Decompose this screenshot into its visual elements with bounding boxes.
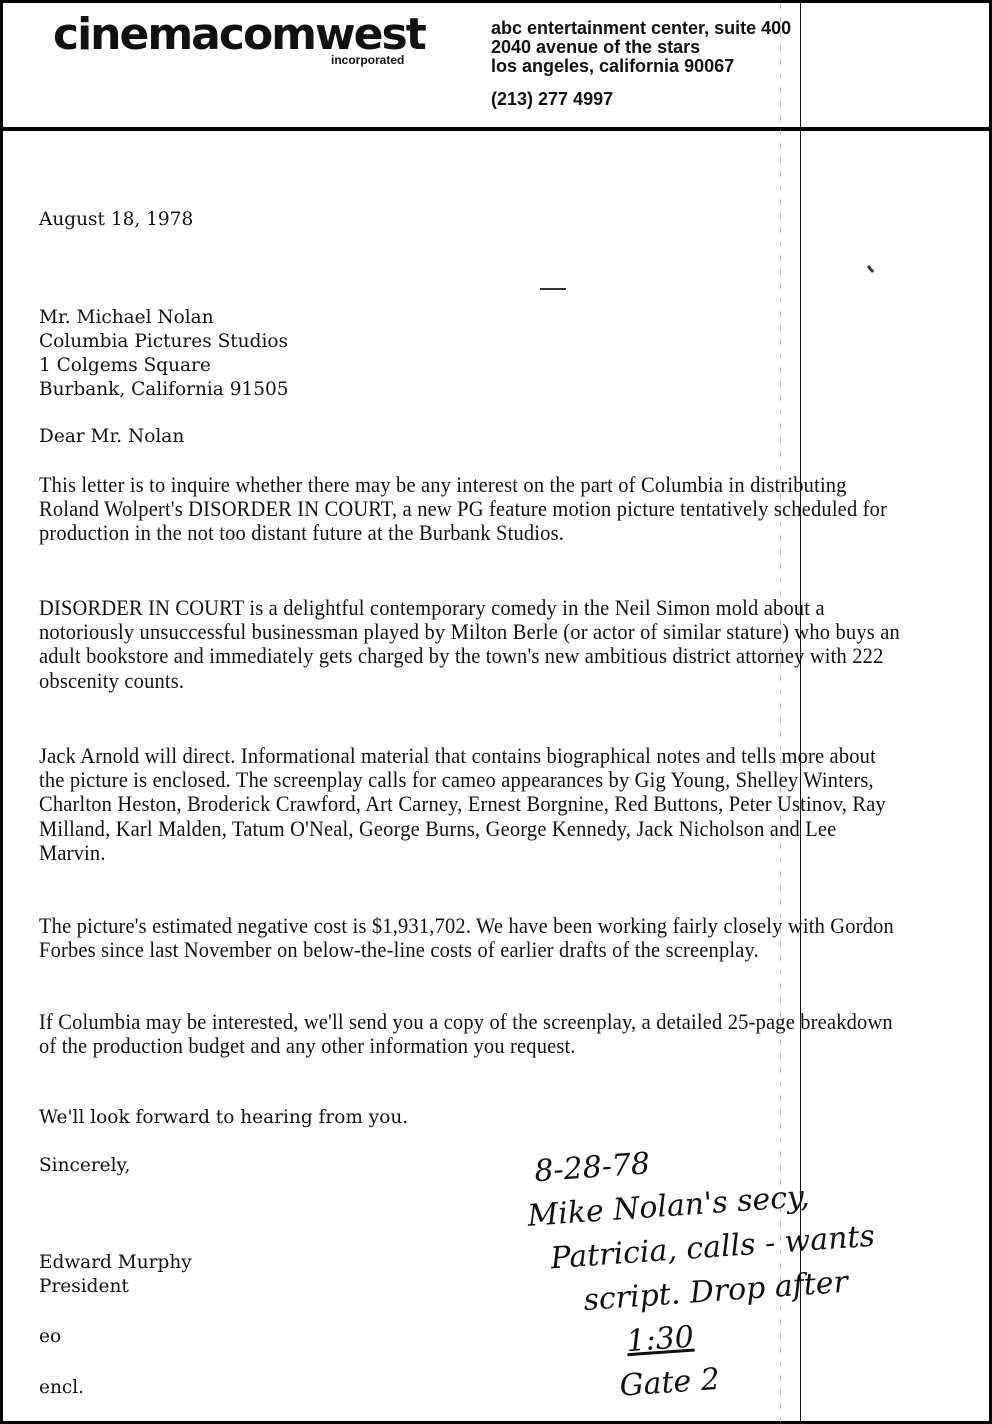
closing-line: We'll look forward to hearing from you. [39, 1106, 408, 1130]
recipient-line: Columbia Pictures Studios [39, 330, 289, 354]
typist-initials: eo [39, 1325, 61, 1349]
signer-name: Edward Murphy [39, 1251, 192, 1275]
address-line: los angeles, california 90067 [491, 57, 791, 76]
sign-off: Sincerely, [39, 1154, 130, 1178]
address-line: 2040 avenue of the stars [491, 38, 791, 57]
scan-speck [867, 265, 874, 273]
handwritten-note: 8-28-78 Mike Nolan's secy, Patricia, cal… [523, 1127, 885, 1414]
recipient-line: 1 Colgems Square [39, 354, 289, 378]
paragraph-synopsis: DISORDER IN COURT is a delightful contem… [39, 596, 904, 693]
phone-number: (213) 277 4997 [491, 90, 791, 109]
company-logo: cinemacomwest [53, 13, 425, 57]
paragraph-inquiry: This letter is to inquire whether there … [39, 473, 904, 546]
paragraph-cost: The picture's estimated negative cost is… [39, 914, 904, 962]
letter-page: cinemacomwest incorporated abc entertain… [0, 0, 992, 1424]
recipient-block: Mr. Michael Nolan Columbia Pictures Stud… [39, 306, 289, 402]
recipient-line: Mr. Michael Nolan [39, 306, 289, 330]
salutation: Dear Mr. Nolan [39, 425, 184, 449]
recipient-line: Burbank, California 91505 [39, 378, 289, 402]
letterhead-address: abc entertainment center, suite 400 2040… [491, 19, 791, 109]
paragraph-offer: If Columbia may be interested, we'll sen… [39, 1010, 904, 1058]
address-line: abc entertainment center, suite 400 [491, 19, 791, 38]
letter-date: August 18, 1978 [39, 208, 193, 232]
letterhead-divider [3, 127, 992, 131]
signer-title: President [39, 1275, 129, 1299]
scan-speck [540, 288, 566, 290]
company-logo-subtitle: incorporated [331, 53, 404, 67]
paragraph-cast: Jack Arnold will direct. Informational m… [39, 744, 904, 865]
enclosure-note: encl. [39, 1376, 84, 1400]
